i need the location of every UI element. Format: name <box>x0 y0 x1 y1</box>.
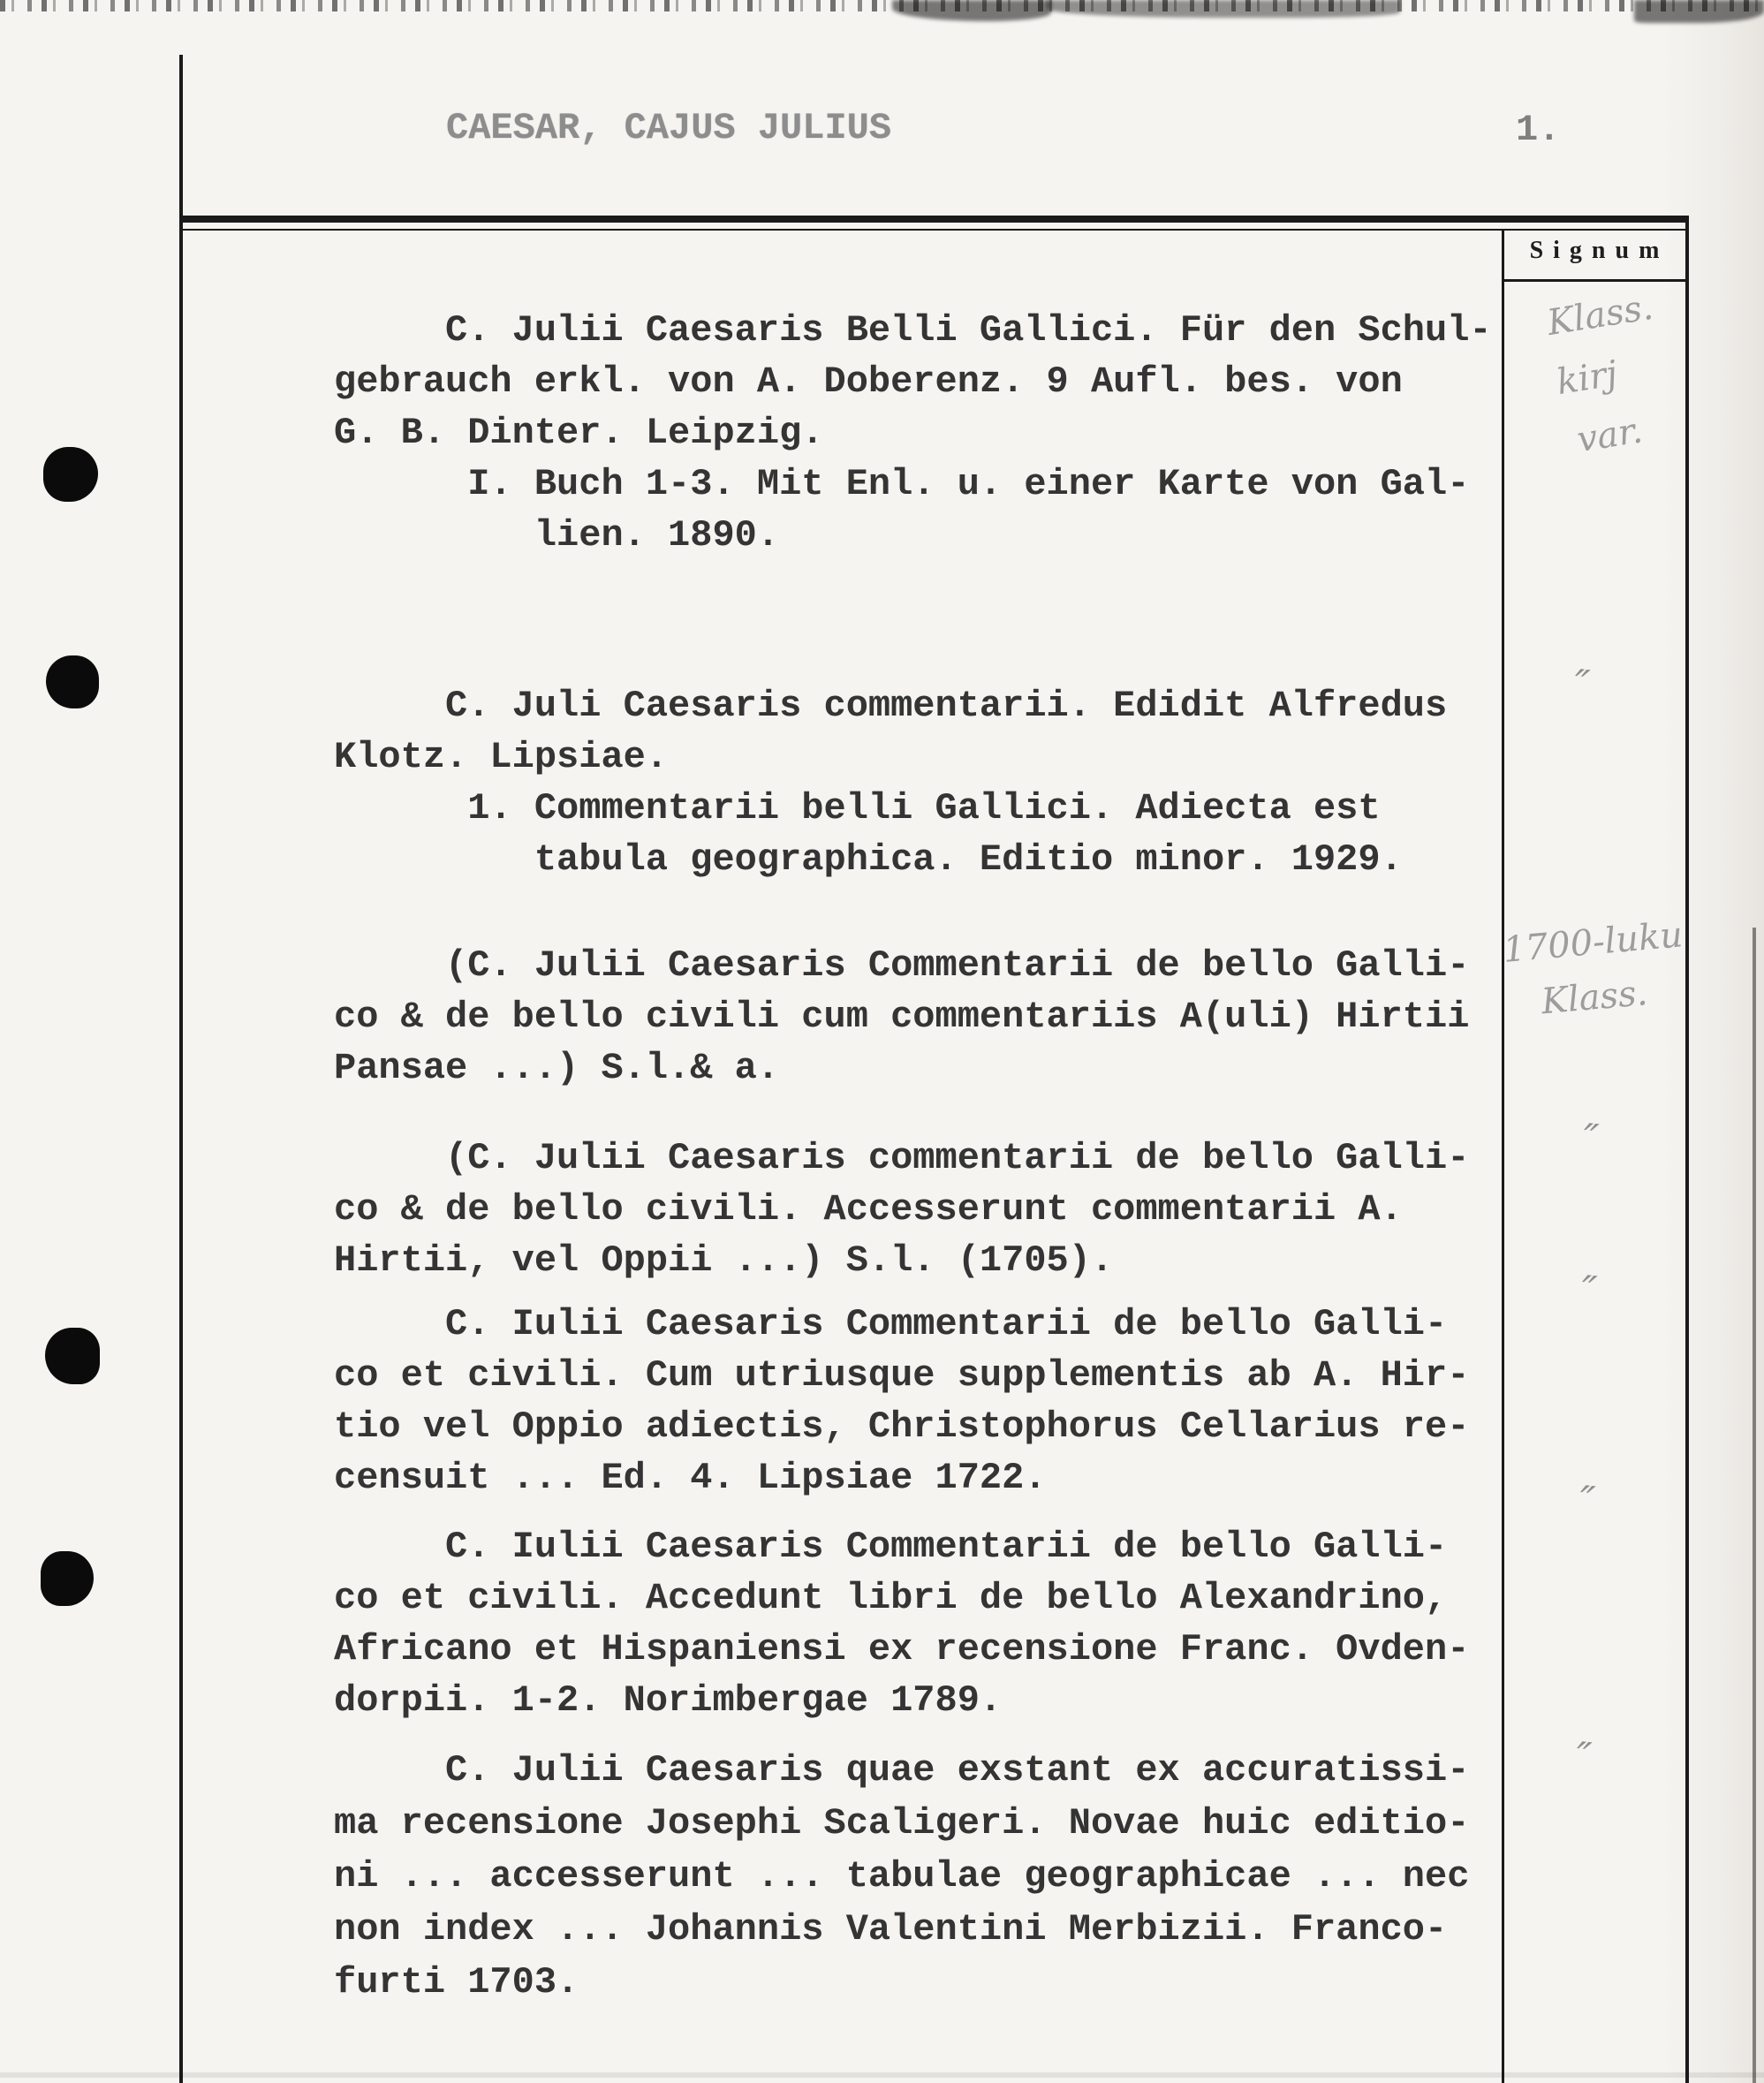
punch-hole <box>45 1328 100 1384</box>
signum-ditto-mark-7: ″ <box>1573 1732 1594 1782</box>
catalog-entry-3: (C. Julii Caesaris Commentarii de bello … <box>334 940 1469 1094</box>
catalog-entry-4: (C. Julii Caesaris commentarii de bello … <box>334 1132 1469 1286</box>
table-top-rule-thick <box>179 216 1689 223</box>
left-margin-rule <box>179 55 183 2083</box>
punch-hole <box>43 447 98 502</box>
signum-header-divider <box>1502 279 1689 282</box>
signum-column-header: Signum <box>1502 237 1687 265</box>
signum-ditto-mark-6: ″ <box>1577 1476 1597 1526</box>
signum-column-left-border <box>1502 229 1504 2083</box>
catalog-entry-2: C. Juli Caesaris commentarii. Edidit Alf… <box>334 680 1447 885</box>
scanned-catalog-page: CAESAR, CAJUS JULIUS 1. Signum C. Julii … <box>0 0 1764 2083</box>
scan-artifact-right-edge <box>1753 928 1756 2083</box>
catalog-entry-6: C. Iulii Caesaris Commentarii de bello G… <box>334 1521 1469 1726</box>
table-top-rule-thin <box>179 229 1689 231</box>
scan-artifact-top-edge <box>0 0 1764 11</box>
punch-hole <box>41 1551 94 1606</box>
catalog-entry-5: C. Iulii Caesaris Commentarii de bello G… <box>334 1299 1469 1504</box>
catalog-entry-1: C. Julii Caesaris Belli Gallici. Für den… <box>334 305 1492 561</box>
scan-smudge <box>892 0 1051 21</box>
page-number: 1. <box>1516 104 1560 155</box>
signum-ditto-mark-4: ″ <box>1580 1114 1601 1163</box>
signum-ditto-mark-2: ″ <box>1571 660 1592 709</box>
scan-smudge <box>1634 0 1764 23</box>
scan-artifact-bottom-edge <box>0 2072 1764 2078</box>
signum-annotation-1: Klass. kirj var. <box>1543 277 1677 472</box>
catalog-entry-7: C. Julii Caesaris quae exstant ex accura… <box>334 1744 1469 2009</box>
signum-ditto-mark-5: ″ <box>1579 1266 1599 1315</box>
signum-column-right-border <box>1685 216 1689 2083</box>
punch-hole <box>46 655 99 708</box>
signum-annotation-3: 1700-luku Klass. <box>1501 907 1690 1032</box>
scan-smudge <box>1047 0 1400 18</box>
page-heading: CAESAR, CAJUS JULIUS <box>446 102 891 154</box>
